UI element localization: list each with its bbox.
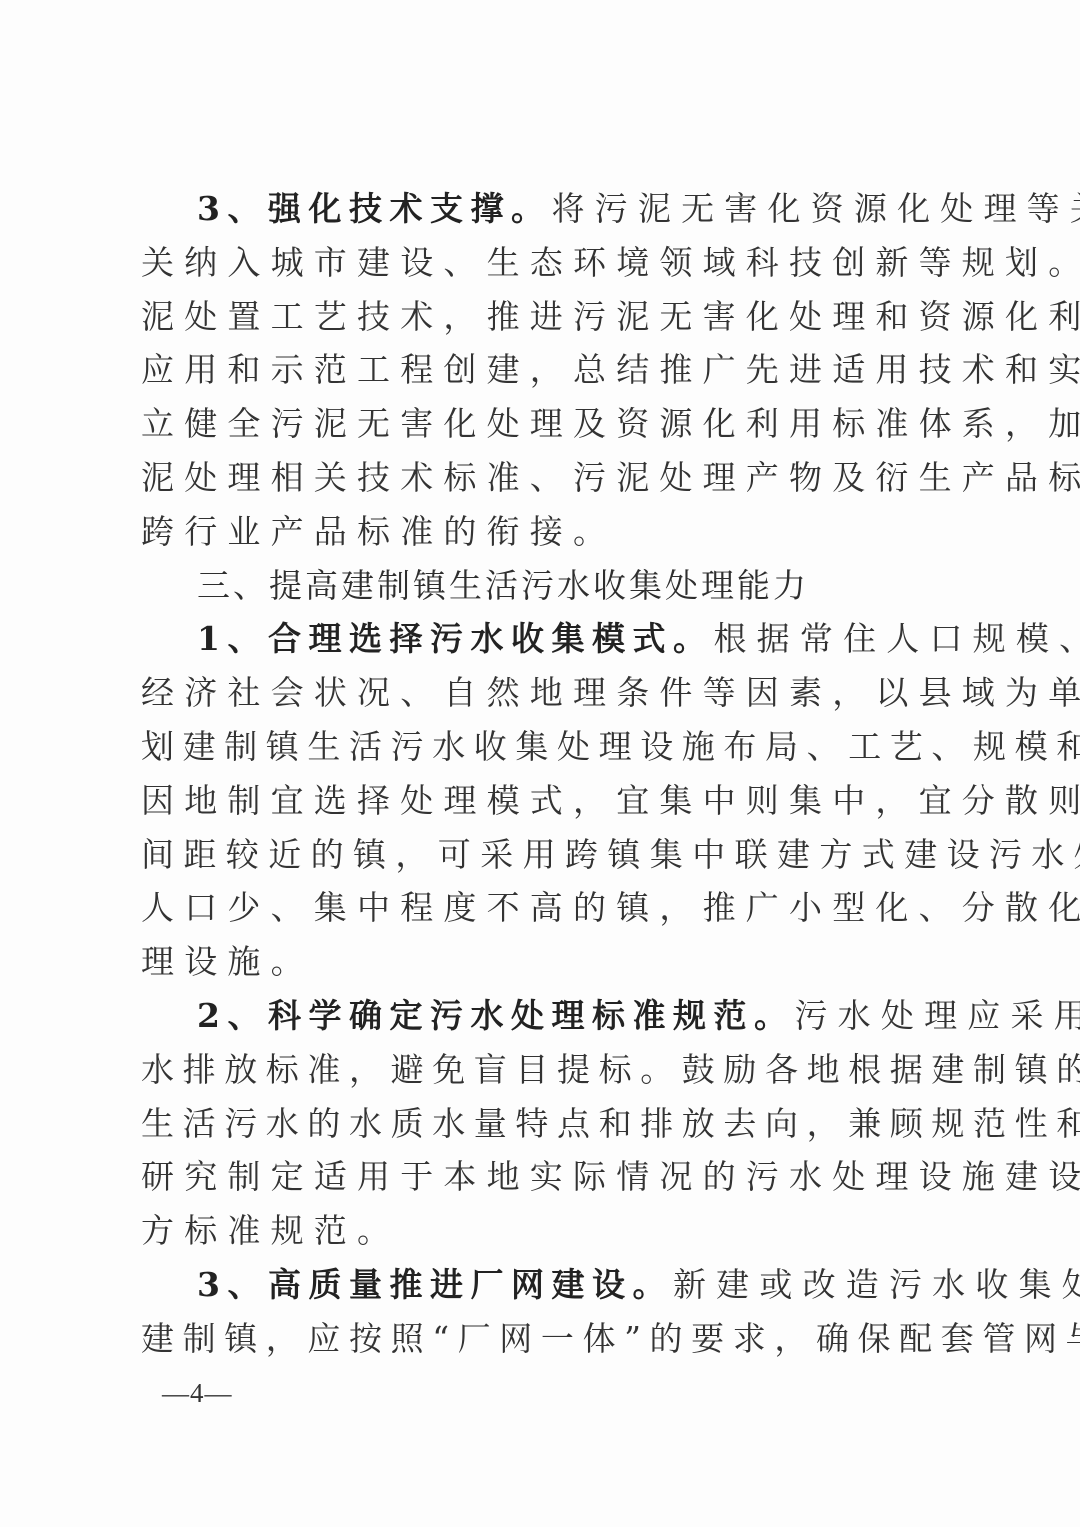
paragraph-line: 生活污水的水质水量特点和排放去向，兼顾规范性和可操作性， — [141, 1097, 941, 1151]
paragraph-lead-title: 2、科学确定污水处理标准规范。 — [197, 996, 794, 1035]
document-body: 3、强化技术支撑。将污泥无害化资源化处理等关键技术攻 关纳入城市建设、生态环境领… — [141, 182, 941, 1366]
paragraph-line: 建制镇，应按照“厂网一体”的要求，确保配套管网与污水处理设 — [141, 1312, 941, 1366]
paragraph-line: 水排放标准，避免盲目提标。鼓励各地根据建制镇的区位特征、 — [141, 1043, 941, 1097]
paragraph-line: 因地制宜选择处理模式，宜集中则集中，宜分散则分散。相邻 — [141, 774, 941, 828]
paragraph-line: 方标准规范。 — [141, 1204, 941, 1258]
paragraph-line: 3、强化技术支撑。将污泥无害化资源化处理等关键技术攻 — [141, 182, 941, 236]
paragraph-line: 2、科学确定污水处理标准规范。污水处理应采用适当的污 — [141, 989, 941, 1043]
paragraph-text: 将污泥无害化资源化处理等关键技术攻 — [551, 189, 1080, 228]
paragraph-line: 泥处置工艺技术，推进污泥无害化处理和资源化利用创新技术 — [141, 290, 941, 344]
paragraph-text: 根据常住人口规模、用水现状、 — [713, 619, 1080, 658]
document-page: 3、强化技术支撑。将污泥无害化资源化处理等关键技术攻 关纳入城市建设、生态环境领… — [0, 0, 1080, 1527]
paragraph-lead-title: 3、高质量推进厂网建设。 — [197, 1265, 673, 1304]
paragraph-line: 立健全污泥无害化处理及资源化利用标准体系，加快制修订污 — [141, 397, 941, 451]
paragraph-line: 划建制镇生活污水收集处理设施布局、工艺、规模和服务范围， — [141, 720, 941, 774]
paragraph-lead-title: 3、强化技术支撑。 — [197, 189, 551, 228]
section-heading: 三、提高建制镇生活污水收集处理能力 — [141, 559, 941, 613]
paragraph-line: 1、合理选择污水收集模式。根据常住人口规模、用水现状、 — [141, 612, 941, 666]
paragraph-line: 人口少、集中程度不高的镇，推广小型化、分散化、生态化处 — [141, 881, 941, 935]
paragraph-line: 应用和示范工程创建，总结推广先进适用技术和实践案例。建 — [141, 343, 941, 397]
paragraph-line: 3、高质量推进厂网建设。新建或改造污水收集处理设施的 — [141, 1258, 941, 1312]
paragraph-line: 泥处理相关技术标准、污泥处理产物及衍生产品标准，做好与 — [141, 451, 941, 505]
paragraph-line: 跨行业产品标准的衔接。 — [141, 505, 941, 559]
paragraph-line: 关纳入城市建设、生态环境领域科技创新等规划。积极创新污 — [141, 236, 941, 290]
page-number: —4— — [162, 1378, 233, 1409]
paragraph-text: 新建或改造污水收集处理设施的 — [673, 1265, 1080, 1304]
paragraph-line: 经济社会状况、自然地理条件等因素，以县域为单元，合理规 — [141, 666, 941, 720]
paragraph-lead-title: 1、合理选择污水收集模式。 — [197, 619, 713, 658]
paragraph-line: 理设施。 — [141, 935, 941, 989]
paragraph-text: 污水处理应采用适当的污 — [794, 996, 1080, 1035]
paragraph-line: 研究制定适用于本地实际情况的污水处理设施建设、运行等地 — [141, 1150, 941, 1204]
paragraph-line: 间距较近的镇，可采用跨镇集中联建方式建设污水处理设施。 — [141, 828, 941, 882]
